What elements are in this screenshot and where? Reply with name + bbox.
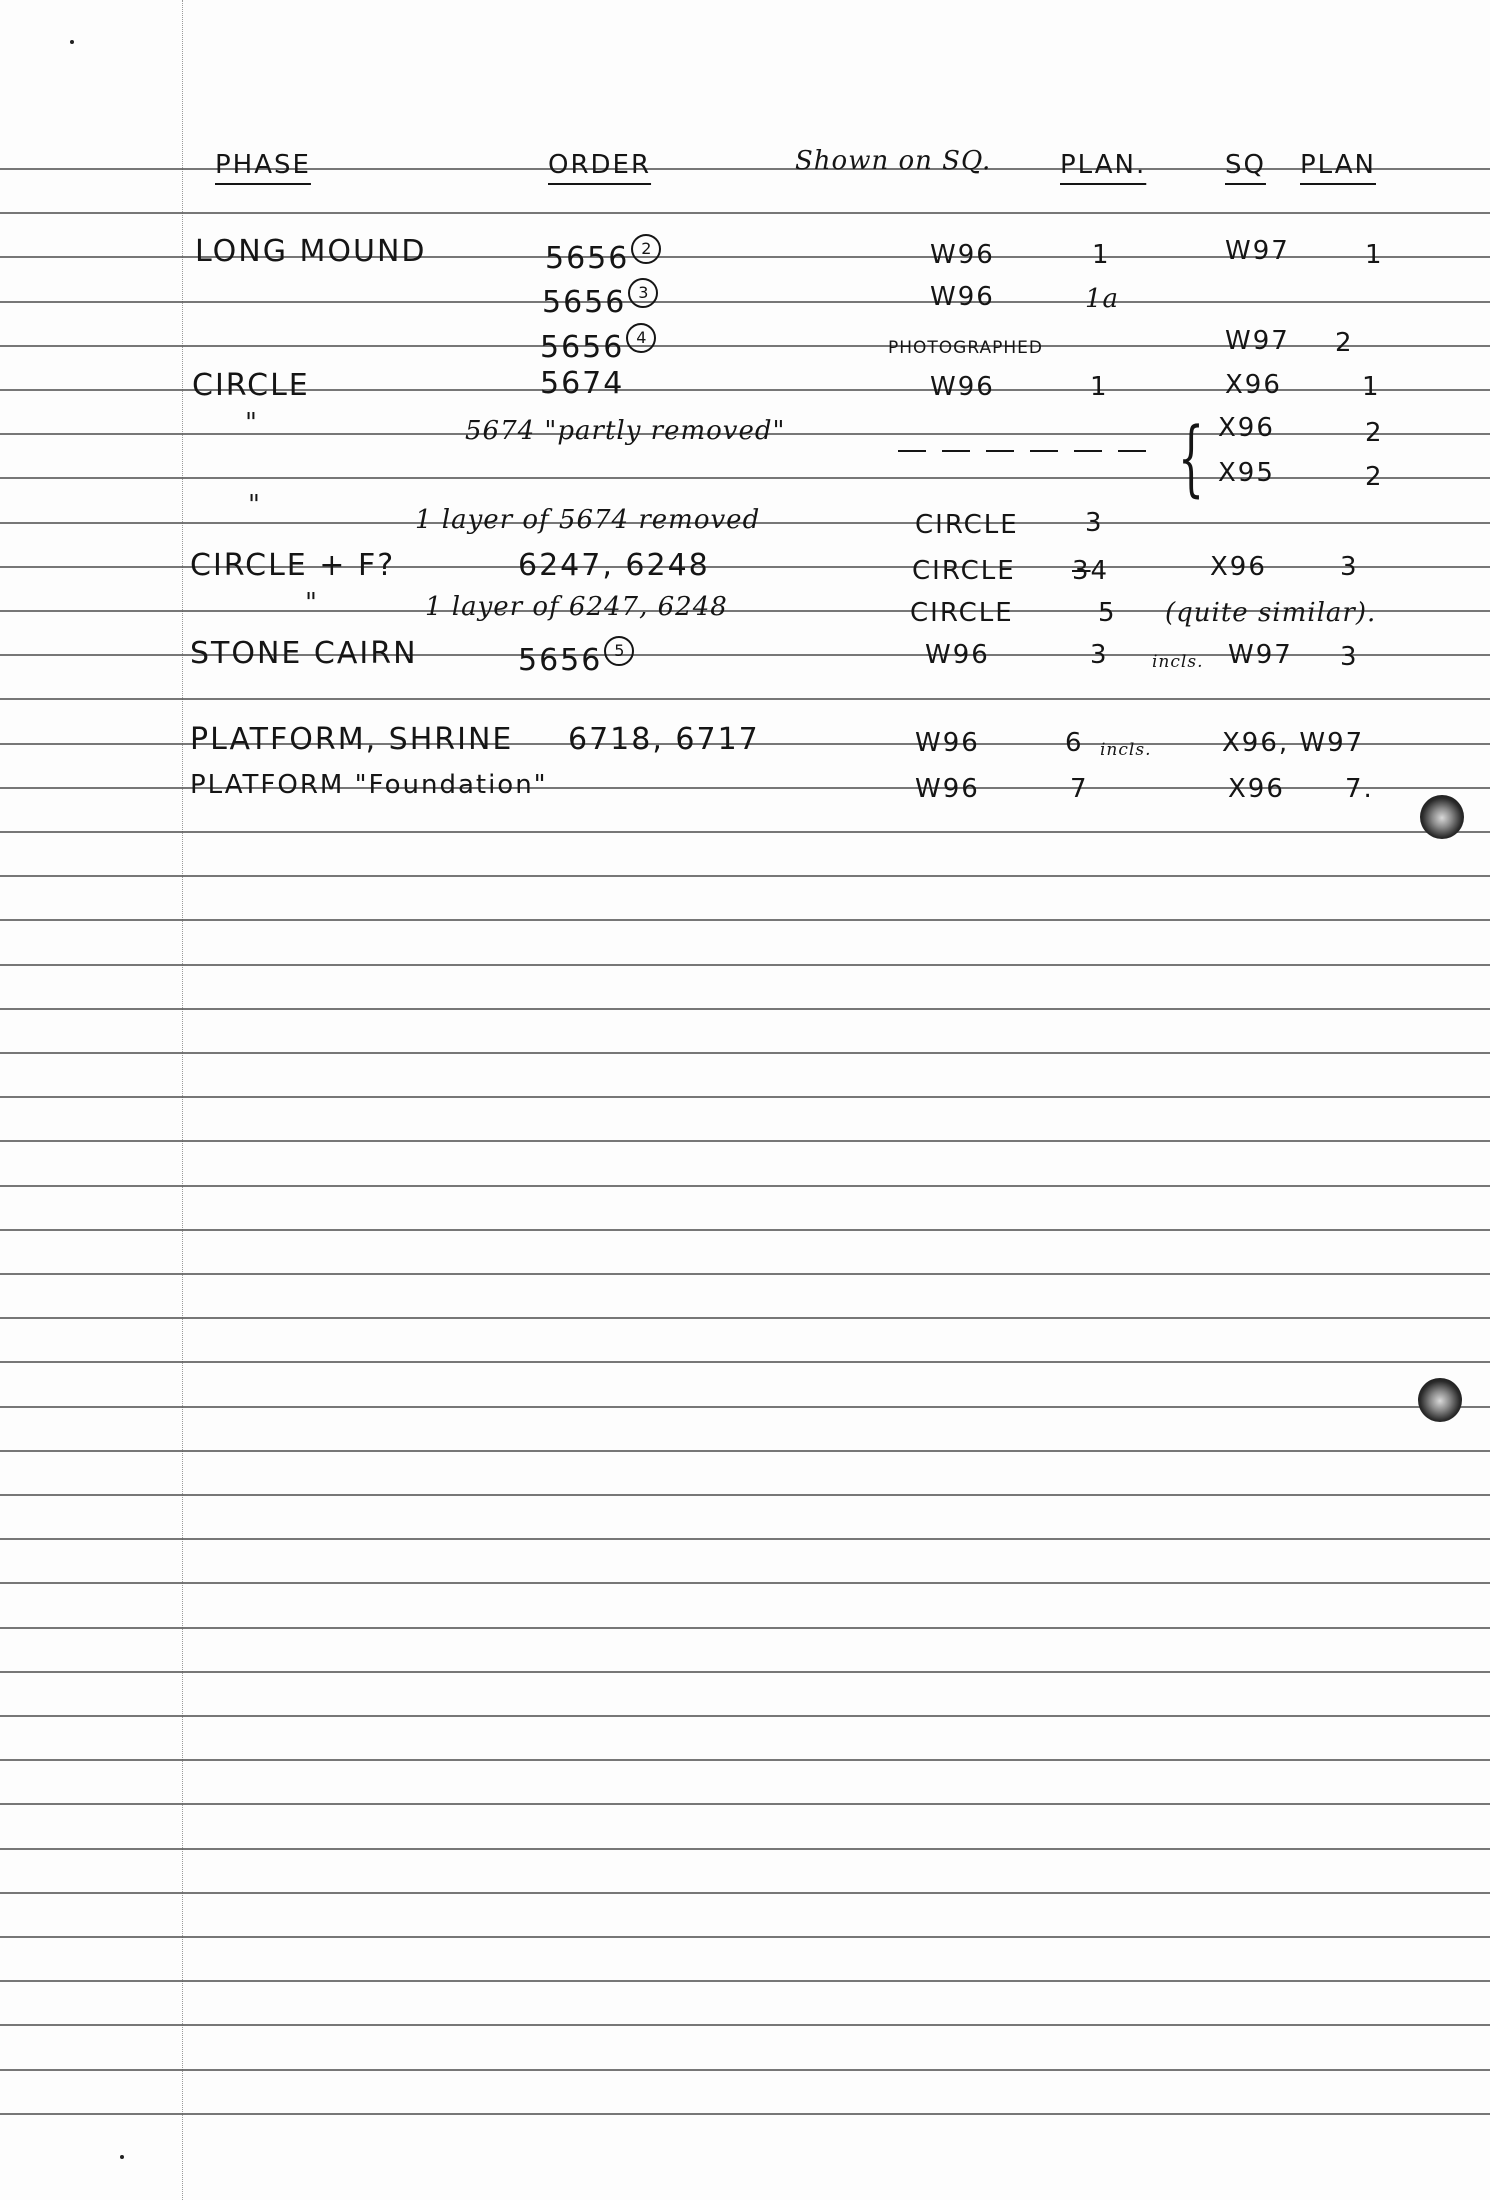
incl-note: incls.: [1100, 740, 1151, 760]
sq-plan-cell: 7.: [1345, 774, 1374, 804]
shown-sq-cell: W96: [925, 640, 990, 670]
sq-plan-cell: 1: [1362, 372, 1381, 402]
shown-sq-cell: CIRCLE: [910, 598, 1014, 628]
phase-cell: LONG MOUND: [195, 234, 426, 269]
ruled-line: [0, 1848, 1490, 1850]
ruled-line: [0, 2113, 1490, 2115]
incl-note: incls.: [1152, 652, 1203, 672]
ruled-line: [0, 1627, 1490, 1629]
phase-cell: CIRCLE + F?: [190, 548, 395, 583]
ruled-line: [0, 1715, 1490, 1717]
ruled-line: [0, 1671, 1490, 1673]
plan-cell: 1: [1090, 372, 1109, 402]
ruled-line: [0, 964, 1490, 966]
sq-plan-cell: 3: [1340, 552, 1359, 582]
shown-sq-cell: CIRCLE: [912, 556, 1016, 586]
plan-cell: 6: [1065, 728, 1084, 758]
ditto-mark: ": [248, 490, 261, 520]
ditto-mark: ": [305, 588, 318, 618]
phase-cell: CIRCLE: [192, 368, 310, 403]
ruled-line: [0, 1096, 1490, 1098]
struck-plan: 3: [1072, 556, 1091, 586]
ruled-line: [0, 698, 1490, 700]
ruled-line: [0, 1980, 1490, 1982]
sq-plan-cell: 1: [1365, 240, 1384, 270]
sq-cell: X95: [1218, 458, 1275, 488]
punch-hole-top: [1420, 795, 1464, 839]
ruled-line: [0, 1582, 1490, 1584]
shown-sq-cell: W96: [930, 282, 995, 312]
header-shown-on-sq: Shown on SQ.: [795, 146, 991, 176]
ruled-line: [0, 1008, 1490, 1010]
sq-cell: X96: [1210, 552, 1267, 582]
header-plan: PLAN.: [1060, 150, 1146, 180]
shown-sq-cell: W96: [930, 372, 995, 402]
punch-hole-bottom: [1418, 1378, 1462, 1422]
header-order: ORDER: [548, 150, 651, 180]
sq-cell: X96: [1228, 774, 1285, 804]
sq-cell: X96, W97: [1222, 728, 1364, 758]
header-sq: SQ: [1225, 150, 1266, 180]
ruled-line: [0, 2069, 1490, 2071]
sq-plan-cell: 2: [1335, 328, 1354, 358]
sq-cell: X96: [1218, 413, 1275, 443]
shown-sq-cell: CIRCLE: [915, 510, 1019, 540]
brace: {: [1178, 418, 1204, 500]
note-cell: (quite similar).: [1165, 598, 1376, 628]
ruled-line: [0, 1538, 1490, 1540]
ruled-line: [0, 831, 1490, 833]
header-phase: PHASE: [215, 150, 311, 180]
circled-number: 2: [631, 234, 661, 264]
shown-sq-cell: PHOTOGRAPHED: [888, 338, 1043, 358]
circled-number: 3: [628, 278, 658, 308]
ruled-line: [0, 1892, 1490, 1894]
ruled-line: [0, 1273, 1490, 1275]
order-cell: 6718, 6717: [568, 722, 760, 757]
phase-cell: STONE CAIRN: [190, 636, 418, 671]
sq-cell: X96: [1225, 370, 1282, 400]
dash: [898, 450, 926, 452]
sq-plan-cell: 2: [1365, 462, 1384, 492]
header-plan-2: PLAN: [1300, 150, 1376, 180]
order-cell: 56564: [540, 323, 656, 365]
plan-cell: 1: [1092, 240, 1111, 270]
circled-number: 5: [604, 636, 634, 666]
sq-plan-cell: 2: [1365, 418, 1384, 448]
sq-cell: W97: [1228, 640, 1293, 670]
ruled-line: [0, 1936, 1490, 1938]
ruled-line: [0, 1803, 1490, 1805]
shown-sq-cell: W96: [915, 728, 980, 758]
phase-cell: PLATFORM, SHRINE: [190, 722, 513, 757]
shown-sq-cell: W96: [915, 774, 980, 804]
notebook-page: PHASE ORDER Shown on SQ. PLAN. SQ PLAN L…: [0, 0, 1490, 2200]
plan-cell: 3: [1085, 508, 1104, 538]
dash: [1074, 450, 1102, 452]
ruled-line: [0, 1229, 1490, 1231]
ruled-line: [0, 1450, 1490, 1452]
sq-plan-cell: 3: [1340, 642, 1359, 672]
ditto-mark: ": [245, 408, 258, 438]
order-cell: 56565: [518, 636, 634, 678]
plan-cell: 1a: [1085, 284, 1119, 314]
ruled-line: [0, 301, 1490, 303]
plan-cell: 3: [1090, 640, 1109, 670]
sq-cell: W97: [1225, 326, 1290, 356]
plan-cell: 7: [1070, 774, 1089, 804]
ruled-line: [0, 212, 1490, 214]
order-cell: 6247, 6248: [518, 548, 710, 583]
ruled-line: [0, 2024, 1490, 2026]
ruled-line: [0, 1361, 1490, 1363]
order-cell: 56562: [545, 234, 661, 276]
dash: [986, 450, 1014, 452]
speck: [120, 2155, 124, 2159]
ruled-line: [0, 1052, 1490, 1054]
order-cell: 5674: [540, 366, 624, 401]
order-cell: 1 layer of 6247, 6248: [425, 592, 728, 622]
dash: [1030, 450, 1058, 452]
ruled-line: [0, 1140, 1490, 1142]
sq-cell: W97: [1225, 236, 1290, 266]
ruled-line: [0, 919, 1490, 921]
order-cell: 5674 "partly removed": [465, 416, 785, 446]
ruled-line: [0, 1317, 1490, 1319]
shown-sq-cell: W96: [930, 240, 995, 270]
dash: [942, 450, 970, 452]
speck: [70, 40, 74, 44]
plan-cell: 34: [1072, 556, 1109, 586]
ruled-line: [0, 1494, 1490, 1496]
margin-line: [182, 0, 183, 2200]
dash: [1118, 450, 1146, 452]
plan-cell: 5: [1098, 598, 1117, 628]
ruled-line: [0, 1759, 1490, 1761]
circled-number: 4: [626, 323, 656, 353]
ruled-line: [0, 1406, 1490, 1408]
order-cell: 56563: [542, 278, 658, 320]
order-cell: 1 layer of 5674 removed: [415, 505, 760, 535]
phase-cell: PLATFORM "Foundation": [190, 770, 548, 800]
ruled-line: [0, 875, 1490, 877]
ruled-line: [0, 1185, 1490, 1187]
